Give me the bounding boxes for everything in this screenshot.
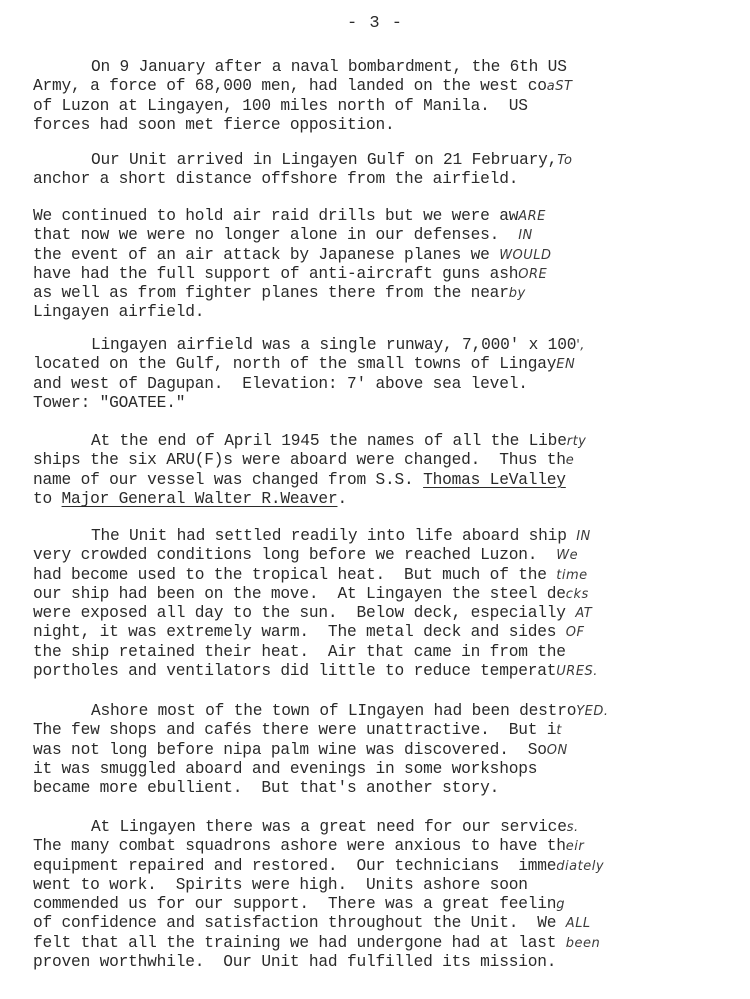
typed-text: to xyxy=(33,490,62,508)
text-line: became more ebullient. But that's anothe… xyxy=(33,779,733,798)
text-line: The few shops and cafés there were unatt… xyxy=(33,721,733,740)
typed-text: it was smuggled aboard and evenings in s… xyxy=(33,760,537,778)
typed-text: of Luzon at Lingayen, 100 miles north of… xyxy=(33,97,528,115)
typed-text: the event of an air attack by Japanese p… xyxy=(33,246,499,264)
typed-text: night, it was extremely warm. The metal … xyxy=(33,623,566,641)
text-line: very crowded conditions long before we r… xyxy=(33,546,733,565)
text-line: as well as from fighter planes there fro… xyxy=(33,284,733,303)
text-line: The many combat squadrons ashore were an… xyxy=(33,837,733,856)
typed-text: On 9 January after a naval bombardment, … xyxy=(91,58,567,76)
text-line: On 9 January after a naval bombardment, … xyxy=(33,58,733,77)
paragraph-luzon-landing: On 9 January after a naval bombardment, … xyxy=(33,58,733,135)
text-line: our ship had been on the move. At Lingay… xyxy=(33,585,733,604)
text-line: commended us for our support. There was … xyxy=(33,895,733,914)
text-line: Our Unit arrived in Lingayen Gulf on 21 … xyxy=(33,151,733,170)
typed-text: as well as from fighter planes there fro… xyxy=(33,284,509,302)
text-line: forces had soon met fierce opposition. xyxy=(33,116,733,135)
document-page: - 3 - On 9 January after a naval bombard… xyxy=(0,0,750,999)
handwritten-annotation: been xyxy=(566,936,601,951)
text-line: the event of an air attack by Japanese p… xyxy=(33,246,733,265)
text-line: it was smuggled aboard and evenings in s… xyxy=(33,760,733,779)
typed-text: the ship retained their heat. Air that c… xyxy=(33,643,566,661)
text-line: name of our vessel was changed from S.S.… xyxy=(33,471,733,490)
handwritten-annotation: time xyxy=(556,568,587,583)
text-line: was not long before nipa palm wine was d… xyxy=(33,741,733,760)
typed-text: portholes and ventilators did little to … xyxy=(33,662,556,680)
typed-text: Tower: "GOATEE." xyxy=(33,394,185,412)
text-line: the ship retained their heat. Air that c… xyxy=(33,643,733,662)
text-line: of confidence and satisfaction throughou… xyxy=(33,914,733,933)
text-line: The Unit had settled readily into life a… xyxy=(33,527,733,546)
handwritten-annotation: by xyxy=(509,286,526,301)
typed-text: The many combat squadrons ashore were an… xyxy=(33,837,566,855)
handwritten-annotation: ARE xyxy=(518,209,546,224)
handwritten-annotation: We xyxy=(556,548,578,563)
text-line: had become used to the tropical heat. Bu… xyxy=(33,566,733,585)
typed-text: very crowded conditions long before we r… xyxy=(33,546,556,564)
typed-text: Lingayen airfield was a single runway, 7… xyxy=(91,336,576,354)
typed-text: had become used to the tropical heat. Bu… xyxy=(33,566,556,584)
text-line: located on the Gulf, north of the small … xyxy=(33,355,733,374)
text-line: equipment repaired and restored. Our tec… xyxy=(33,857,733,876)
typed-text: were exposed all day to the sun. Below d… xyxy=(33,604,575,622)
handwritten-annotation: diately xyxy=(556,859,604,874)
handwritten-annotation: To xyxy=(557,153,572,168)
typed-text: anchor a short distance offshore from th… xyxy=(33,170,518,188)
text-line: proven worthwhile. Our Unit had fulfille… xyxy=(33,953,733,972)
handwritten-annotation: t xyxy=(556,723,562,738)
text-line: At Lingayen there was a great need for o… xyxy=(33,818,733,837)
text-line: were exposed all day to the sun. Below d… xyxy=(33,604,733,623)
page-number: - 3 - xyxy=(0,14,750,33)
typed-text: became more ebullient. But that's anothe… xyxy=(33,779,499,797)
typed-text: equipment repaired and restored. Our tec… xyxy=(33,857,556,875)
typed-text: located on the Gulf, north of the small … xyxy=(33,355,556,373)
typed-text: ships the six ARU(F)s were aboard were c… xyxy=(33,451,566,469)
handwritten-annotation: URES. xyxy=(556,664,598,679)
typed-text: Lingayen airfield. xyxy=(33,303,204,321)
handwritten-annotation: AT xyxy=(575,606,592,621)
typed-text: felt that all the training we had underg… xyxy=(33,934,566,952)
typed-text: At Lingayen there was a great need for o… xyxy=(91,818,567,836)
text-line: felt that all the training we had underg… xyxy=(33,934,733,953)
typed-text: and west of Dagupan. Elevation: 7' above… xyxy=(33,375,528,393)
typed-text: forces had soon met fierce opposition. xyxy=(33,116,395,134)
text-line: have had the full support of anti-aircra… xyxy=(33,265,733,284)
typed-text: Ashore most of the town of LIngayen had … xyxy=(91,702,576,720)
text-line: Ashore most of the town of LIngayen had … xyxy=(33,702,733,721)
paragraph-ship-life: The Unit had settled readily into life a… xyxy=(33,527,733,681)
handwritten-annotation: cks xyxy=(566,587,589,602)
underlined-ship-name: Thomas LeValley xyxy=(423,471,566,489)
text-line: Army, a force of 68,000 men, had landed … xyxy=(33,77,733,96)
text-line: that now we were no longer alone in our … xyxy=(33,226,733,245)
text-line: At the end of April 1945 the names of al… xyxy=(33,432,733,451)
handwritten-annotation: YED. xyxy=(576,704,608,719)
typed-text: commended us for our support. There was … xyxy=(33,895,556,913)
text-line: of Luzon at Lingayen, 100 miles north of… xyxy=(33,97,733,116)
text-line: and west of Dagupan. Elevation: 7' above… xyxy=(33,375,733,394)
handwritten-annotation: EN xyxy=(556,357,575,372)
typed-text: We continued to hold air raid drills but… xyxy=(33,207,518,225)
typed-text-after: . xyxy=(337,490,347,508)
typed-text: proven worthwhile. Our Unit had fulfille… xyxy=(33,953,556,971)
handwritten-annotation: rty xyxy=(567,434,587,449)
paragraph-air-raid-drills: We continued to hold air raid drills but… xyxy=(33,207,733,323)
handwritten-annotation: s. xyxy=(567,820,579,835)
typed-text: our ship had been on the move. At Lingay… xyxy=(33,585,566,603)
handwritten-annotation: eir xyxy=(566,839,584,854)
handwritten-annotation: IN xyxy=(576,529,591,544)
handwritten-annotation: e xyxy=(566,453,575,468)
text-line: We continued to hold air raid drills but… xyxy=(33,207,733,226)
typed-text: At the end of April 1945 the names of al… xyxy=(91,432,567,450)
handwritten-annotation: ALL xyxy=(566,916,591,931)
text-line: anchor a short distance offshore from th… xyxy=(33,170,733,189)
handwritten-annotation: WOULD xyxy=(499,248,551,263)
text-line: ships the six ARU(F)s were aboard were c… xyxy=(33,451,733,470)
text-line: Lingayen airfield was a single runway, 7… xyxy=(33,336,733,355)
underlined-ship-name: Major General Walter R.Weaver xyxy=(62,490,338,508)
paragraph-ship-renamed: At the end of April 1945 the names of al… xyxy=(33,432,733,509)
text-line: went to work. Spirits were high. Units a… xyxy=(33,876,733,895)
typed-text: that now we were no longer alone in our … xyxy=(33,226,518,244)
text-line: night, it was extremely warm. The metal … xyxy=(33,623,733,642)
typed-text: name of our vessel was changed from S.S. xyxy=(33,471,423,489)
paragraph-airfield-description: Lingayen airfield was a single runway, 7… xyxy=(33,336,733,413)
text-line: portholes and ventilators did little to … xyxy=(33,662,733,681)
typed-text: The Unit had settled readily into life a… xyxy=(91,527,576,545)
text-line: Lingayen airfield. xyxy=(33,303,733,322)
typed-text: of confidence and satisfaction throughou… xyxy=(33,914,566,932)
handwritten-annotation: IN xyxy=(518,228,533,243)
typed-text: have had the full support of anti-aircra… xyxy=(33,265,518,283)
handwritten-annotation: aST xyxy=(547,79,573,94)
handwritten-annotation: ON xyxy=(547,743,568,758)
typed-text: Our Unit arrived in Lingayen Gulf on 21 … xyxy=(91,151,557,169)
paragraph-unit-arrival: Our Unit arrived in Lingayen Gulf on 21 … xyxy=(33,151,733,190)
text-line: Tower: "GOATEE." xyxy=(33,394,733,413)
typed-text: The few shops and cafés there were unatt… xyxy=(33,721,556,739)
text-line: to Major General Walter R.Weaver. xyxy=(33,490,733,509)
handwritten-annotation: OF xyxy=(566,625,585,640)
paragraph-services: At Lingayen there was a great need for o… xyxy=(33,818,733,972)
typed-text: went to work. Spirits were high. Units a… xyxy=(33,876,528,894)
typed-text: Army, a force of 68,000 men, had landed … xyxy=(33,77,547,95)
handwritten-annotation: g xyxy=(556,897,565,912)
paragraph-lingayen-town: Ashore most of the town of LIngayen had … xyxy=(33,702,733,798)
handwritten-annotation: ORE xyxy=(518,267,547,282)
handwritten-annotation: ', xyxy=(576,338,585,353)
typed-text: was not long before nipa palm wine was d… xyxy=(33,741,547,759)
